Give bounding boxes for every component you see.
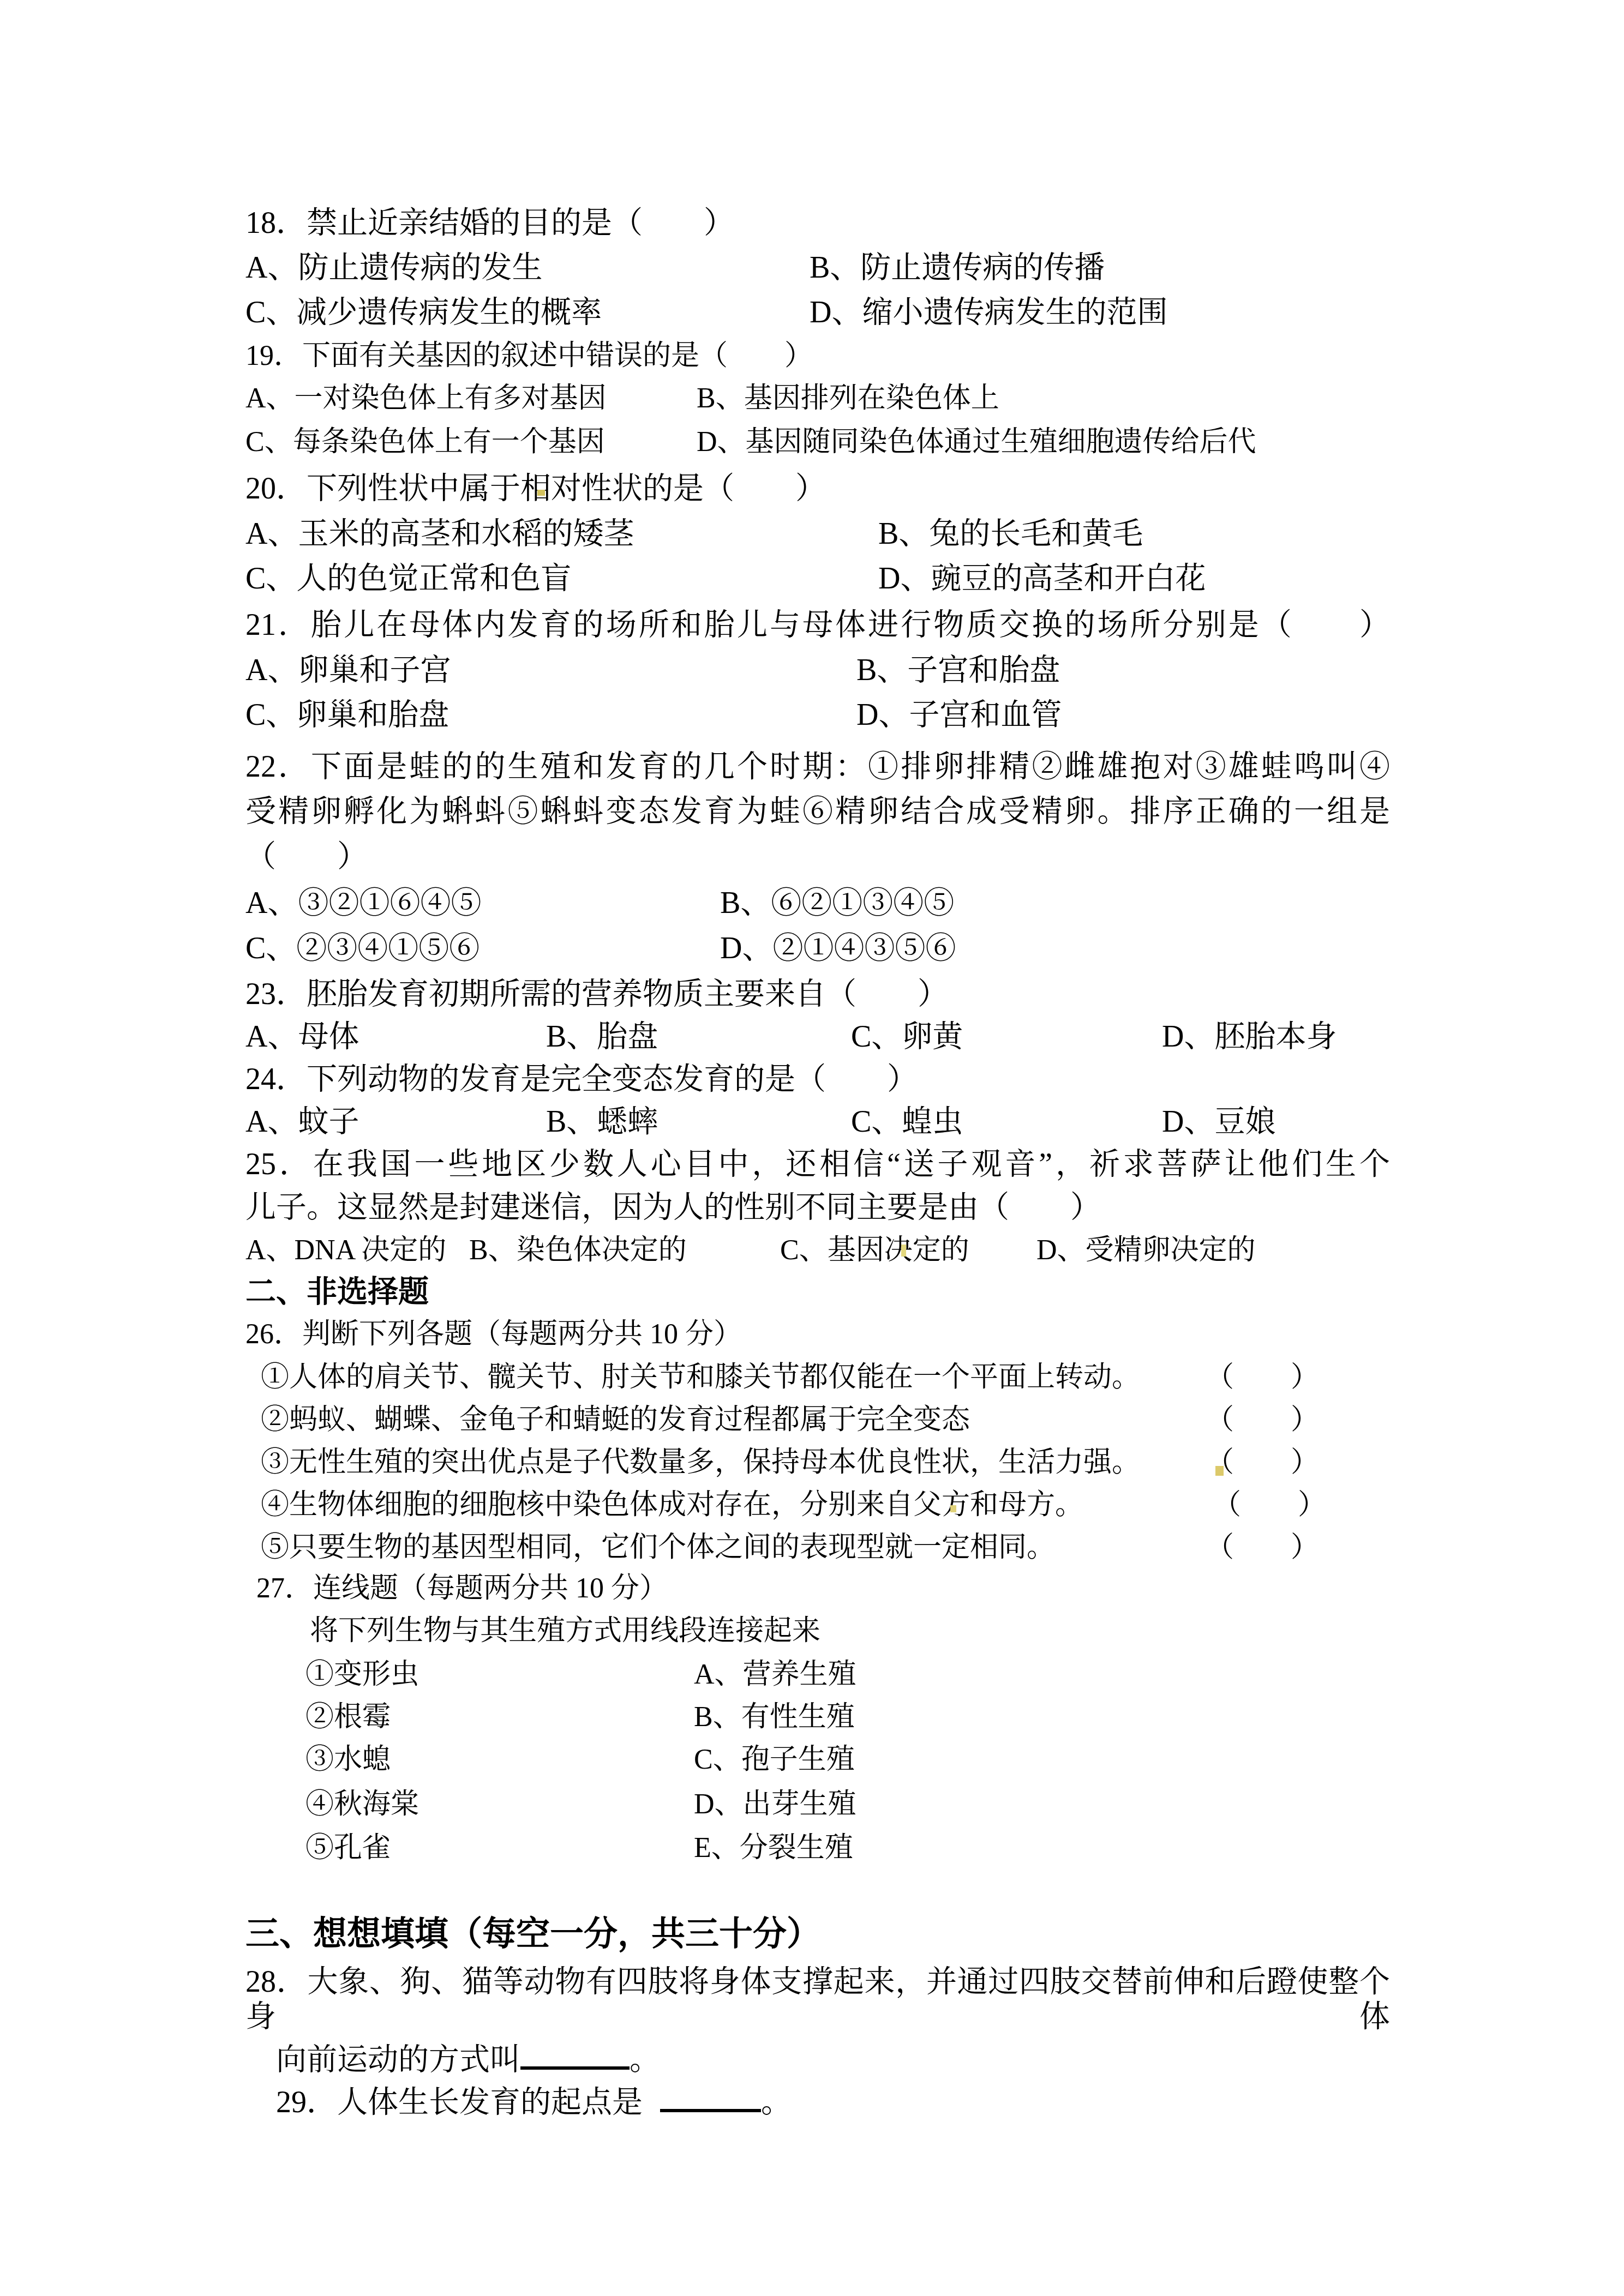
judgement-item-1: ①人体的肩关节、髋关节、肘关节和膝关节都仅能在一个平面上转动。 （ ） — [261, 1361, 1461, 1401]
question-25-stem-line2: 儿子。这显然是封建迷信，因为人的性别不同主要是由（ ） — [245, 1190, 1101, 1225]
question-19-option-b: B、基因排列在染色体上 — [697, 382, 999, 415]
match-item-5-left: ⑤孔雀 — [305, 1832, 391, 1865]
question-26-header: 26．判断下列各题（每题两分共 10 分） — [245, 1318, 742, 1351]
question-19-option-a: A、一对染色体上有多对基因 — [245, 382, 607, 415]
answer-blank-29[interactable] — [660, 2103, 761, 2112]
match-item-1-right: A、营养生殖 — [694, 1658, 856, 1691]
question-25-option-d: D、受精卵决定的 — [1036, 1234, 1256, 1267]
judgement-item-5: ⑤只要生物的基因型相同，它们个体之间的表现型就一定相同。 （ ） — [261, 1531, 1461, 1571]
match-item-5-right: E、分裂生殖 — [694, 1832, 853, 1865]
question-18-option-a: A、防止遗传病的发生 — [245, 250, 542, 285]
judgement-item-1-text: ①人体的肩关节、髋关节、肘关节和膝关节都仅能在一个平面上转动。 — [261, 1361, 1140, 1394]
question-21-options-cd: C、卵巢和胎盘 D、子宫和血管 — [245, 698, 1446, 737]
question-18-option-d: D、缩小遗传病发生的范围 — [810, 295, 1167, 330]
question-22-stem-line2: 受精卵孵化为蝌蚪⑤蝌蚪变态发育为蛙⑥精卵结合成受精卵。排序正确的一组是 — [245, 794, 1390, 829]
match-item-3-right: C、孢子生殖 — [694, 1744, 855, 1776]
question-29-period: 。 — [761, 2085, 792, 2119]
question-23-stem: 23．胚胎发育初期所需的营养物质主要来自（ ） — [245, 977, 948, 1012]
highlight-artifact-4 — [950, 1505, 956, 1512]
question-20-option-c: C、人的色觉正常和色盲 — [245, 561, 571, 596]
question-22-options-ab: A、③②①⑥④⑤ B、⑥②①③④⑤ — [245, 886, 1446, 925]
question-27-subheader: 将下列生物与其生殖方式用线段连接起来 — [310, 1615, 820, 1648]
question-25-option-b: B、染色体决定的 — [469, 1234, 687, 1267]
match-item-4-right: D、出芽生殖 — [694, 1788, 856, 1821]
judgement-item-1-paren: （ ） — [1206, 1361, 1319, 1394]
highlight-artifact-3 — [1215, 1466, 1224, 1476]
match-row-4: ④秋海棠 D、出芽生殖 — [305, 1788, 1506, 1828]
judgement-item-4-paren: （ ） — [1213, 1489, 1326, 1522]
match-row-1: ①变形虫 A、营养生殖 — [305, 1658, 1506, 1698]
question-24-option-d: D、豆娘 — [1162, 1104, 1275, 1139]
match-item-2-right: B、有性生殖 — [694, 1701, 855, 1734]
question-22-option-d: D、②①④③⑤⑥ — [720, 931, 956, 966]
judgement-item-3: ③无性生殖的突出优点是子代数量多，保持母本优良性状，生活力强。 （ ） — [261, 1446, 1461, 1486]
match-item-1-left: ①变形虫 — [305, 1658, 419, 1691]
judgement-item-2: ②蚂蚁、蝴蝶、金龟子和蜻蜓的发育过程都属于完全变态 （ ） — [261, 1404, 1461, 1443]
question-18-options-cd: C、减少遗传病发生的概率 D、缩小遗传病发生的范围 — [245, 295, 1446, 334]
match-item-2-left: ②根霉 — [305, 1701, 391, 1734]
question-24-stem: 24．下列动物的发育是完全变态发育的是（ ） — [245, 1062, 918, 1097]
question-27-header: 27．连线题（每题两分共 10 分） — [256, 1572, 668, 1605]
exam-page: 18．禁止近亲结婚的目的是（ ） A、防止遗传病的发生 B、防止遗传病的传播 C… — [0, 0, 1624, 2296]
question-21-option-d: D、子宫和血管 — [856, 698, 1062, 732]
question-19-options-ab: A、一对染色体上有多对基因 B、基因排列在染色体上 — [245, 382, 1446, 422]
question-22-options-cd: C、②③④①⑤⑥ D、②①④③⑤⑥ — [245, 931, 1446, 970]
judgement-item-2-text: ②蚂蚁、蝴蝶、金龟子和蜻蜓的发育过程都属于完全变态 — [261, 1404, 970, 1436]
judgement-item-5-text: ⑤只要生物的基因型相同，它们个体之间的表现型就一定相同。 — [261, 1531, 1055, 1564]
question-24-option-c: C、蝗虫 — [851, 1104, 963, 1139]
question-22-stem-line1: 22．下面是蛙的的生殖和发育的几个时期：①排卵排精②雌雄抱对③雄蛙鸣叫④ — [245, 749, 1390, 784]
match-row-2: ②根霉 B、有性生殖 — [305, 1701, 1506, 1740]
question-23-option-c: C、卵黄 — [851, 1019, 963, 1054]
match-item-3-left: ③水螅 — [305, 1744, 391, 1776]
question-21-option-b: B、子宫和胎盘 — [856, 653, 1060, 688]
question-20-options-ab: A、玉米的高茎和水稻的矮茎 B、兔的长毛和黄毛 — [245, 516, 1446, 556]
question-22-option-a: A、③②①⑥④⑤ — [245, 886, 481, 921]
question-29-text: 29．人体生长发育的起点是 — [276, 2085, 650, 2119]
question-22-option-b: B、⑥②①③④⑤ — [720, 886, 954, 921]
question-19-stem: 19．下面有关基因的叙述中错误的是（ ） — [245, 340, 813, 372]
highlight-artifact-2 — [901, 1245, 906, 1257]
question-25-stem-line1: 25．在我国一些地区少数人心目中，还相信“送子观音”，祈求菩萨让他们生个 — [245, 1147, 1390, 1182]
question-21-stem: 21．胎儿在母体内发育的场所和胎儿与母体进行物质交换的场所分别是（ ） — [245, 608, 1390, 642]
question-21-options-ab: A、卵巢和子宫 B、子宫和胎盘 — [245, 653, 1446, 692]
question-19-option-c: C、每条染色体上有一个基因 — [245, 426, 605, 459]
question-18-option-b: B、防止遗传病的传播 — [810, 250, 1105, 285]
question-22-answer-paren: （ ） — [245, 839, 368, 874]
question-20-option-a: A、玉米的高茎和水稻的矮茎 — [245, 516, 634, 551]
question-24-option-a: A、蚊子 — [245, 1104, 359, 1139]
question-29-line: 29．人体生长发育的起点是 。 — [245, 2050, 792, 2155]
question-18-options-ab: A、防止遗传病的发生 B、防止遗传病的传播 — [245, 250, 1446, 290]
question-19-option-d: D、基因随同染色体通过生殖细胞遗传给后代 — [697, 426, 1256, 459]
judgement-item-4-text: ④生物体细胞的细胞核中染色体成对存在，分别来自父方和母方。 — [261, 1489, 1083, 1522]
question-19-options-cd: C、每条染色体上有一个基因 D、基因随同染色体通过生殖细胞遗传给后代 — [245, 426, 1446, 465]
judgement-item-4: ④生物体细胞的细胞核中染色体成对存在，分别来自父方和母方。 （ ） — [261, 1489, 1461, 1528]
question-20-stem: 20．下列性状中属于相对性状的是（ ） — [245, 471, 826, 506]
question-20-option-b: B、兔的长毛和黄毛 — [878, 516, 1143, 551]
question-18-stem: 18．禁止近亲结婚的目的是（ ） — [245, 206, 734, 241]
section-2-header: 二、非选择题 — [245, 1275, 429, 1309]
question-23-option-a: A、母体 — [245, 1019, 359, 1054]
question-21-option-a: A、卵巢和子宫 — [245, 653, 451, 688]
judgement-item-3-text: ③无性生殖的突出优点是子代数量多，保持母本优良性状，生活力强。 — [261, 1446, 1140, 1479]
question-25-options: A、DNA 决定的 B、染色体决定的 C、基因决定的 D、受精卵决定的 — [245, 1234, 1446, 1273]
question-23-option-d: D、胚胎本身 — [1162, 1019, 1337, 1054]
question-24-option-b: B、蟋蟀 — [546, 1104, 658, 1139]
question-25-option-a: A、DNA 决定的 — [245, 1234, 446, 1267]
highlight-artifact-1 — [537, 490, 545, 496]
section-3-header: 三、想想填填（每空一分，共三十分） — [245, 1915, 820, 1954]
match-row-3: ③水螅 C、孢子生殖 — [305, 1744, 1506, 1783]
match-item-4-left: ④秋海棠 — [305, 1788, 419, 1821]
question-25-option-c: C、基因决定的 — [780, 1234, 969, 1267]
question-20-option-d: D、豌豆的高茎和开白花 — [878, 561, 1206, 596]
question-24-options: A、蚊子 B、蟋蟀 C、蝗虫 D、豆娘 — [245, 1104, 1446, 1144]
question-23-options: A、母体 B、胎盘 C、卵黄 D、胚胎本身 — [245, 1019, 1446, 1059]
judgement-item-5-paren: （ ） — [1206, 1531, 1319, 1564]
question-20-options-cd: C、人的色觉正常和色盲 D、豌豆的高茎和开白花 — [245, 561, 1446, 600]
question-18-option-c: C、减少遗传病发生的概率 — [245, 295, 602, 330]
question-22-option-c: C、②③④①⑤⑥ — [245, 931, 480, 966]
match-row-5: ⑤孔雀 E、分裂生殖 — [305, 1832, 1506, 1871]
question-21-option-c: C、卵巢和胎盘 — [245, 698, 449, 732]
judgement-item-2-paren: （ ） — [1206, 1404, 1319, 1436]
question-23-option-b: B、胎盘 — [546, 1019, 658, 1054]
